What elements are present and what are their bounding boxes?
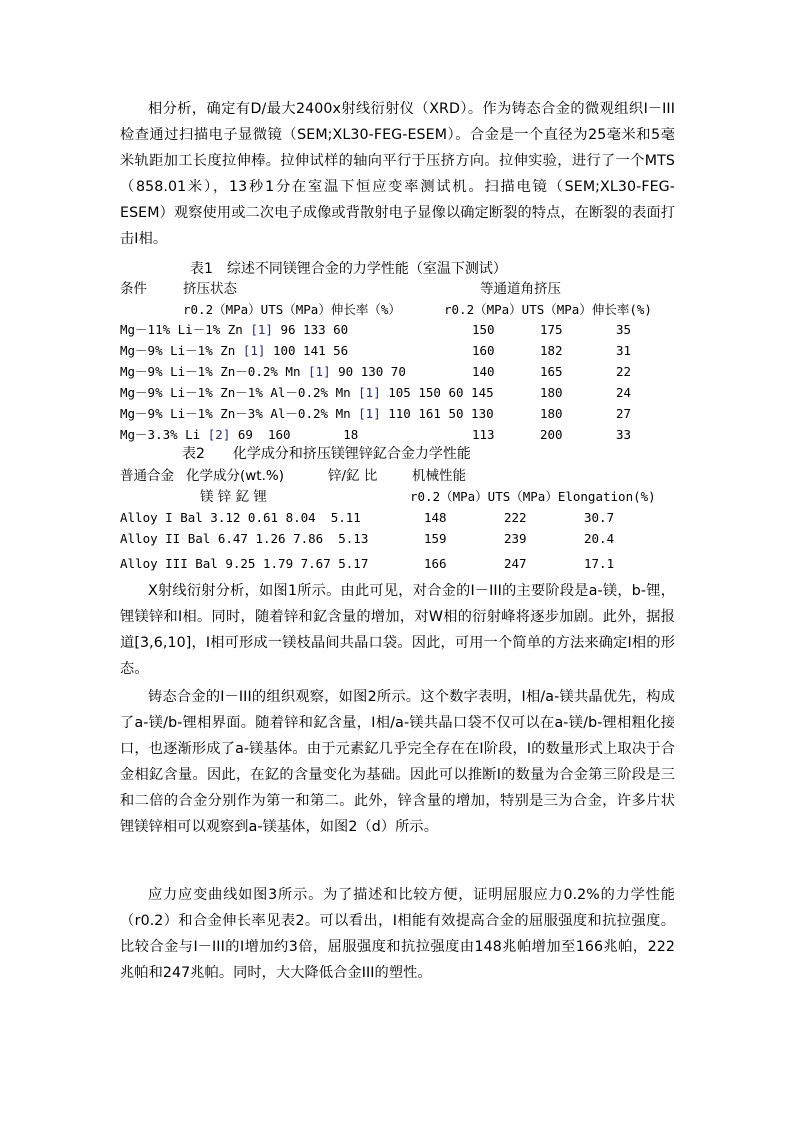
r02-value: 148 [424, 508, 447, 528]
ecap-elongation: 31 [616, 341, 631, 361]
paragraph-xrd: X射线衍射分析，如图1所示。由此可见，对合金的I－III的主要阶段是a-镁，b-… [120, 578, 675, 682]
reference-link[interactable]: [1] [243, 343, 266, 358]
table2-subheader-elements: 镁 锌 釔 锂 [200, 487, 267, 507]
paragraph-stress-strain: 应力应变曲线如图3所示。为了描述和比较方便，证明屈服应力0.2%的力学性能（r0… [120, 882, 675, 986]
ecap-r02: 113 [472, 425, 495, 445]
reference-link[interactable]: [1] [308, 364, 331, 379]
composition-values: Alloy III Bal 9.25 1.79 7.67 5.17 [120, 554, 368, 574]
extruded-values: 96 133 60 [273, 322, 348, 337]
table2-header-alloy: 普通合金 [120, 466, 174, 486]
alloy-name: Mg－11% Li－1% Zn [120, 322, 250, 337]
r02-value: 166 [424, 554, 447, 574]
alloy-name: Mg－9% Li－1% Zn－3% Al－0.2% Mn [120, 406, 358, 421]
table1-subheader-extruded: r0.2（MPa）UTS（MPa）伸长率（%） [183, 300, 401, 320]
reference-link[interactable]: [1] [250, 322, 273, 337]
table2-caption: 表2 化学成分和挤压镁锂锌釔合金力学性能 [182, 444, 471, 464]
ecap-elongation: 24 [616, 383, 631, 403]
ecap-uts: 180 [540, 404, 563, 424]
reference-link[interactable]: [1] [358, 385, 381, 400]
table2-subheader-mechanical: r0.2（MPa）UTS（MPa）Elongation(%) [410, 487, 656, 507]
ecap-elongation: 35 [616, 320, 631, 340]
r02-value: 159 [424, 529, 447, 549]
ecap-uts: 175 [540, 320, 563, 340]
alloy-name: Mg－9% Li－1% Zn－1% Al－0.2% Mn [120, 385, 358, 400]
uts-value: 222 [504, 508, 527, 528]
reference-link[interactable]: [2] [208, 427, 231, 442]
ecap-uts: 182 [540, 341, 563, 361]
extruded-values: 90 130 70 [331, 364, 406, 379]
alloy-name: Mg－3.3% Li [120, 427, 208, 442]
table1-header-ecap: 等通道角挤压 [480, 279, 561, 299]
table1-header-extruded: 挤压状态 [183, 279, 237, 299]
document-page: 相分析，确定有D/最大2400x射线衍射仪（XRD）。作为铸态合金的微观组织I－… [0, 0, 794, 1123]
table1-subheader-ecap: r0.2（MPa）UTS（MPa）伸长率(%) [444, 300, 652, 320]
reference-link[interactable]: [1] [358, 406, 381, 421]
paragraph-methods: 相分析，确定有D/最大2400x射线衍射仪（XRD）。作为铸态合金的微观组织I－… [120, 96, 675, 252]
extruded-values: 100 141 56 [265, 343, 348, 358]
ecap-elongation: 22 [616, 362, 631, 382]
table2-header-composition: 化学成分(wt.%) [186, 466, 284, 486]
ecap-elongation: 27 [616, 404, 631, 424]
elongation-value: 17.1 [584, 554, 614, 574]
ecap-r02: 150 [472, 320, 495, 340]
table1-caption: 表1 综述不同镁锂合金的力学性能（室温下测试） [190, 259, 507, 279]
extruded-values: 69 160 18 [230, 427, 358, 442]
ecap-uts: 200 [540, 425, 563, 445]
table2-header-mechanical: 机械性能 [412, 466, 466, 486]
alloy-name: Mg－9% Li－1% Zn－0.2% Mn [120, 364, 308, 379]
elongation-value: 30.7 [584, 508, 614, 528]
ecap-r02: 160 [472, 341, 495, 361]
composition-values: Alloy I Bal 3.12 0.61 8.04 5.11 [120, 508, 361, 528]
ecap-r02: 140 [472, 362, 495, 382]
uts-value: 247 [504, 554, 527, 574]
table2-header-ratio: 锌/釔 比 [328, 466, 377, 486]
ecap-elongation: 33 [616, 425, 631, 445]
uts-value: 239 [504, 529, 527, 549]
table1-header-condition: 条件 [120, 279, 147, 299]
extruded-values: 110 161 50 130 [381, 406, 494, 421]
ecap-uts: 165 [540, 362, 563, 382]
elongation-value: 20.4 [584, 529, 614, 549]
paragraph-microstructure: 铸态合金的I－III的组织观察，如图2所示。这个数字表明，I相/a-镁共晶优先，… [120, 684, 675, 840]
composition-values: Alloy II Bal 6.47 1.26 7.86 5.13 [120, 529, 368, 549]
alloy-name: Mg－9% Li－1% Zn [120, 343, 243, 358]
ecap-uts: 180 [540, 383, 563, 403]
extruded-values: 105 150 60 145 [381, 385, 494, 400]
